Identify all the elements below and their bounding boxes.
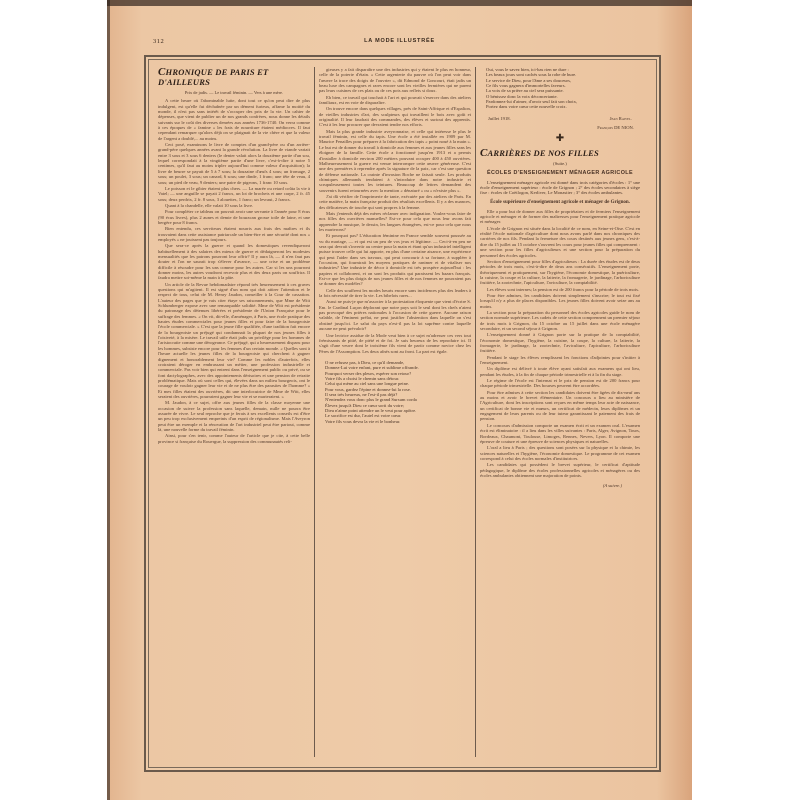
carrieres-body: Elle a pour but de donner aux filles de … <box>480 209 640 479</box>
paragraph: Eh bien, ce travail qui touchait à l'art… <box>319 95 471 106</box>
paragraph: Ainsi, pour s'en tenir, comme l'auteur d… <box>158 433 310 444</box>
poem-author: Jean Raivel. <box>610 116 632 121</box>
running-head: 312 LA MODE ILLUSTRÉE <box>107 38 692 52</box>
paragraph: Le régime de l'école est l'internat et l… <box>480 378 640 389</box>
poem-date: Juillet 1918. <box>488 116 511 121</box>
paragraph: Le poisson et le gibier étaient plus che… <box>158 186 310 202</box>
paragraph: Pour être admises à cette section les ca… <box>480 390 640 422</box>
paragraph: Section d'enseignement pour filles d'agr… <box>480 259 640 286</box>
page-top-edge <box>107 0 692 6</box>
paragraph: A cette heure où l'abominable lutte, don… <box>158 98 310 141</box>
poem: O ne refusez pas, à Dieu, ce qu'il deman… <box>325 360 471 424</box>
paragraph: Que sera-ce après la guerre et quand les… <box>158 243 310 280</box>
paragraph: Quant à la chandelle, elle valait 10 sou… <box>158 203 310 208</box>
chronique-subtitle: Prix de jadis. — Le travail féminin. — V… <box>158 90 310 95</box>
paragraph: Un diplôme est délivré à toute élève aya… <box>480 366 640 377</box>
paragraph: Elle a pour but de donner aux filles de … <box>480 209 640 225</box>
paragraph: Pendant le stage les élèves remplissent … <box>480 355 640 366</box>
paragraph: Celle des souffrent les modes heurts enc… <box>319 288 471 299</box>
paragraph: On trouve encore dans quelques villages,… <box>319 106 471 127</box>
paragraph: Un article de la Revue hebdomadaire répo… <box>158 282 310 400</box>
paragraph: gieuses y a fait disparaître une des ind… <box>319 67 471 94</box>
paragraph: Le concours d'admission comporte un exam… <box>480 423 640 444</box>
subsection-heading: École supérieure d'enseignement agricole… <box>480 200 640 206</box>
poem-signature: Juillet 1918. Jean Raivel. <box>488 116 632 121</box>
paragraph: M. Jaudon, à ce sujet, offre aux jeunes … <box>158 400 310 432</box>
paragraph: Mais j'entends déjà des mères réclamer a… <box>319 211 471 232</box>
paragraph: Ceci posé, examinons le livre de comptes… <box>158 142 310 185</box>
paragraph: Pour être admises, les candidates doiven… <box>480 293 640 309</box>
carrieres-title: CARRIÈRES DE NOS FILLES <box>480 148 640 158</box>
page-left-edge <box>107 0 110 800</box>
carrieres-intro: L'enseignement ménager agricole est donn… <box>480 180 640 196</box>
paragraph: Les candidates qui possèdent le brevet s… <box>480 462 640 478</box>
column-middle: gieuses y a fait disparaître une des ind… <box>319 67 471 430</box>
paragraph: J'ai dû vérifier de l'imprimerie de tant… <box>319 194 471 210</box>
section-heading: ÉCOLES D'ENSEIGNEMENT MÉNAGER AGRICOLE <box>480 170 640 177</box>
poem-line: Votre fils vous devra la vie et le bonhe… <box>325 419 471 424</box>
paragraph: L'oral a lieu à Paris ; des questions so… <box>480 445 640 461</box>
carrieres-suite: (Suite.) <box>480 161 640 166</box>
poem-continued: Oui, vous le savez bien, ici-bas rien ne… <box>486 67 640 110</box>
chronique-signature: François DE NION. <box>480 125 634 130</box>
chronique-body: A cette heure où l'abominable lutte, don… <box>158 98 310 444</box>
column-rule <box>314 67 315 757</box>
article-frame: CHRONIQUE DE PARIS ET D'AILLEURS Prix de… <box>144 55 661 772</box>
paragraph: Pour compléter ce tableau on pouvait avo… <box>158 209 310 225</box>
chronique-title: CHRONIQUE DE PARIS ET D'AILLEURS <box>158 67 310 87</box>
paragraph: Une lectrice assidue de la Mode veut bie… <box>319 333 471 354</box>
paragraph: La section pour la préparation du person… <box>480 310 640 331</box>
paragraph: Aussi ne puis-je que m'associer à la pro… <box>319 299 471 331</box>
paragraph: L'enseignement donné à Grignon porte sur… <box>480 332 640 353</box>
chronique-body-continued: gieuses y a fait disparaître une des ind… <box>319 67 471 354</box>
paragraph: Bien entendu, ces serviteurs étaient nou… <box>158 226 310 242</box>
newspaper-page: 312 LA MODE ILLUSTRÉE CHRONIQUE DE PARIS… <box>107 0 692 800</box>
column-rule <box>475 67 476 757</box>
column-left: CHRONIQUE DE PARIS ET D'AILLEURS Prix de… <box>158 67 310 445</box>
fleuron-ornament-icon: ✚ <box>480 136 640 141</box>
paragraph: Les élèves sont internes; la pension est… <box>480 287 640 292</box>
paragraph: L'école de Grignon est située dans la lo… <box>480 226 640 258</box>
paragraph: Et pourquoi pas? L'éducation féminine en… <box>319 233 471 286</box>
poem-line: Portez dans votre cœur cette nouvelle cr… <box>486 104 640 109</box>
column-right: Oui, vous le savez bien, ici-bas rien ne… <box>480 67 640 489</box>
masthead: LA MODE ILLUSTRÉE <box>107 38 692 44</box>
to-be-continued: (A suivre.) <box>480 483 622 488</box>
paragraph: Mais la plus grande industrie aveyronnai… <box>319 129 471 193</box>
